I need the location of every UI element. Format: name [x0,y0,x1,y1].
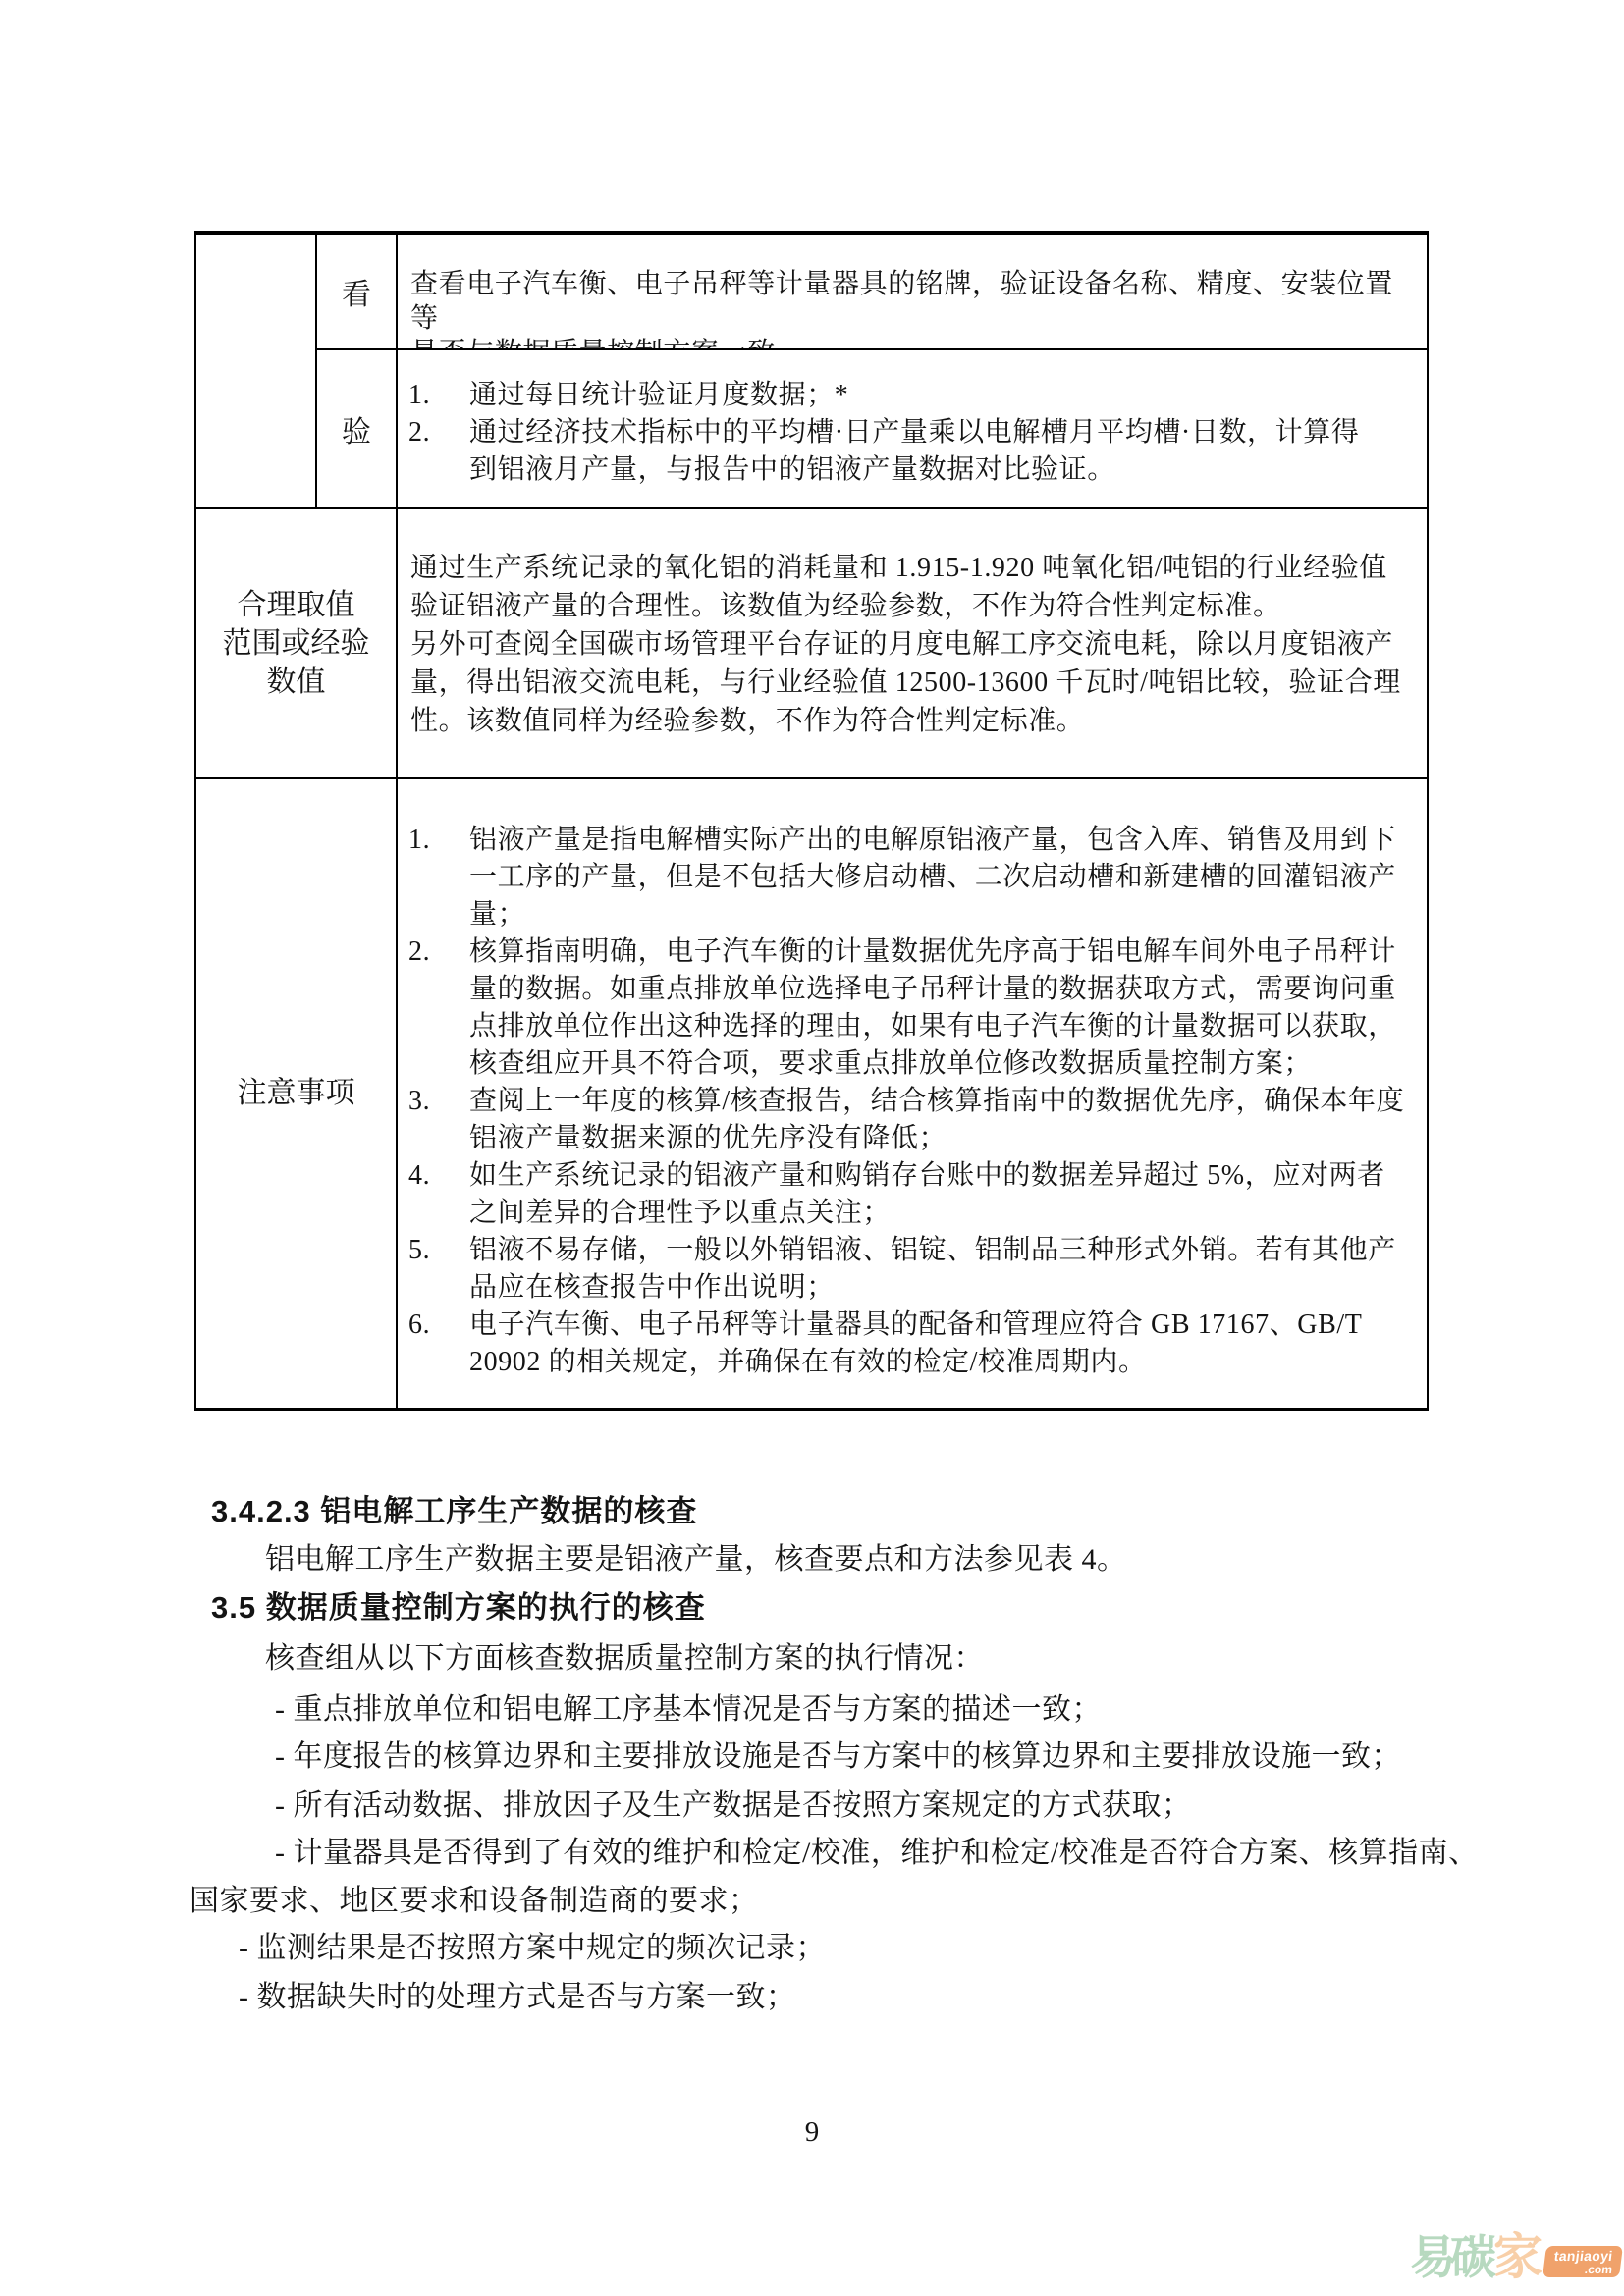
list-item-number: 4. [398,1157,469,1232]
row-label-verify: 验 [317,350,398,507]
verify-method-list: 1.通过每日统计验证月度数据；*2.通过经济技术指标中的平均槽·日产量乘以电解槽… [398,350,1427,489]
value-range-text: 通过生产系统记录的氧化铝的消耗量和 1.915-1.920 吨氧化铝/吨铝的行业… [398,509,1427,740]
list-item-number: 3. [398,1083,469,1157]
list-item: 1.通过每日统计验证月度数据；* [398,377,1427,414]
list-item: 4.如生产系统记录的铝液产量和购销存台账中的数据差异超过 5%，应对两者 之间差… [398,1157,1427,1232]
section-heading-3-5: 3.5 数据质量控制方案的执行的核查 [211,1584,706,1631]
table-row: 注意事项 1.铝液产量是指电解槽实际产出的电解原铝液产量，包含入库、销售及用到下… [196,779,1427,1408]
watermark-text-orange: 家 [1493,2228,1543,2285]
watermark-badge: tanjiaoyi .com [1543,2246,1623,2277]
watermark-logo: 易碳 家 tanjiaoyi .com [1410,2228,1622,2293]
row-label-value-range: 合理取值 范围或经验 数值 [196,509,398,777]
look-method-text: 查看电子汽车衡、电子吊秤等计量器具的铭牌，验证设备名称、精度、安装位置等 是否与… [398,235,1427,348]
list-item-number: 6. [398,1307,469,1381]
list-item-number: 5. [398,1232,469,1307]
paragraph: 铝电解工序生产数据主要是铝液产量，核查要点和方法参见表 4。 [265,1536,1127,1583]
paragraph: 核查组从以下方面核查数据质量控制方案的执行情况： [265,1635,984,1682]
page-number: 9 [0,2109,1624,2156]
list-item: 6.电子汽车衡、电子吊秤等计量器具的配备和管理应符合 GB 17167、GB/T… [398,1307,1427,1381]
table-row: 验 1.通过每日统计验证月度数据；*2.通过经济技术指标中的平均槽·日产量乘以电… [317,350,1427,507]
list-item: 2.核算指南明确，电子汽车衡的计量数据优先序高于铝电解车间外电子吊秤计 量的数据… [398,934,1427,1083]
row-label-look: 看 [317,235,398,348]
list-item: 1.铝液产量是指电解槽实际产出的电解原铝液产量，包含入库、销售及用到下 一工序的… [398,822,1427,934]
list-item-text: 如生产系统记录的铝液产量和购销存台账中的数据差异超过 5%，应对两者 之间差异的… [469,1157,1427,1232]
table-rowgroup-look-verify: 看 查看电子汽车衡、电子吊秤等计量器具的铭牌，验证设备名称、精度、安装位置等 是… [196,235,1427,509]
bullet-line: - 所有活动数据、排放因子及生产数据是否按照方案规定的方式获取； [275,1783,1192,1830]
table-row: 合理取值 范围或经验 数值 通过生产系统记录的氧化铝的消耗量和 1.915-1.… [196,509,1427,779]
document-page: 看 查看电子汽车衡、电子吊秤等计量器具的铭牌，验证设备名称、精度、安装位置等 是… [0,0,1624,2296]
table-row: 看 查看电子汽车衡、电子吊秤等计量器具的铭牌，验证设备名称、精度、安装位置等 是… [317,235,1427,350]
list-item: 2.通过经济技术指标中的平均槽·日产量乘以电解槽月平均槽·日数，计算得 到铝液月… [398,414,1427,489]
bullet-line: - 年度报告的核算边界和主要排放设施是否与方案中的核算边界和主要排放设施一致； [275,1734,1401,1781]
list-item-text: 查阅上一年度的核算/核查报告，结合核算指南中的数据优先序，确保本年度 铝液产量数… [469,1083,1427,1157]
continued-empty-cell [196,235,317,507]
bullet-line: - 监测结果是否按照方案中规定的频次记录； [239,1925,826,1972]
list-item: 3.查阅上一年度的核算/核查报告，结合核算指南中的数据优先序，确保本年度 铝液产… [398,1083,1427,1157]
bullet-line: - 重点排放单位和铝电解工序基本情况是否与方案的描述一致； [275,1686,1102,1734]
watermark-text-green: 易碳 [1410,2230,1490,2285]
notes-list: 1.铝液产量是指电解槽实际产出的电解原铝液产量，包含入库、销售及用到下 一工序的… [398,779,1427,1381]
list-item-text: 核算指南明确，电子汽车衡的计量数据优先序高于铝电解车间外电子吊秤计 量的数据。如… [469,934,1427,1083]
list-item-text: 电子汽车衡、电子吊秤等计量器具的配备和管理应符合 GB 17167、GB/T 2… [469,1307,1427,1381]
list-item-number: 2. [398,934,469,1083]
watermark-site-tld: .com [1543,2264,1620,2275]
list-item-number: 1. [398,822,469,934]
list-item-number: 2. [398,414,469,489]
bullet-continuation: 国家要求、地区要求和设备制造商的要求； [189,1878,759,1925]
list-item-text: 通过经济技术指标中的平均槽·日产量乘以电解槽月平均槽·日数，计算得 到铝液月产量… [469,414,1427,489]
bullet-line: - 计量器具是否得到了有效的维护和检定/校准，维护和检定/校准是否符合方案、核算… [275,1830,1479,1877]
list-item-number: 1. [398,377,469,414]
list-item-text: 铝液不易存储，一般以外销铝液、铝锭、铝制品三种形式外销。若有其他产 品应在核查报… [469,1232,1427,1307]
watermark-site-name: tanjiaoyi [1544,2249,1623,2264]
list-item-text: 通过每日统计验证月度数据；* [469,377,1427,414]
bullet-line: - 数据缺失时的处理方式是否与方案一致； [239,1974,796,2021]
verification-table: 看 查看电子汽车衡、电子吊秤等计量器具的铭牌，验证设备名称、精度、安装位置等 是… [194,231,1429,1411]
list-item: 5.铝液不易存储，一般以外销铝液、铝锭、铝制品三种形式外销。若有其他产 品应在核… [398,1232,1427,1307]
list-item-text: 铝液产量是指电解槽实际产出的电解原铝液产量，包含入库、销售及用到下 一工序的产量… [469,822,1427,934]
row-label-notes: 注意事项 [196,779,398,1408]
section-heading-3-4-2-3: 3.4.2.3 铝电解工序生产数据的核查 [211,1488,697,1535]
